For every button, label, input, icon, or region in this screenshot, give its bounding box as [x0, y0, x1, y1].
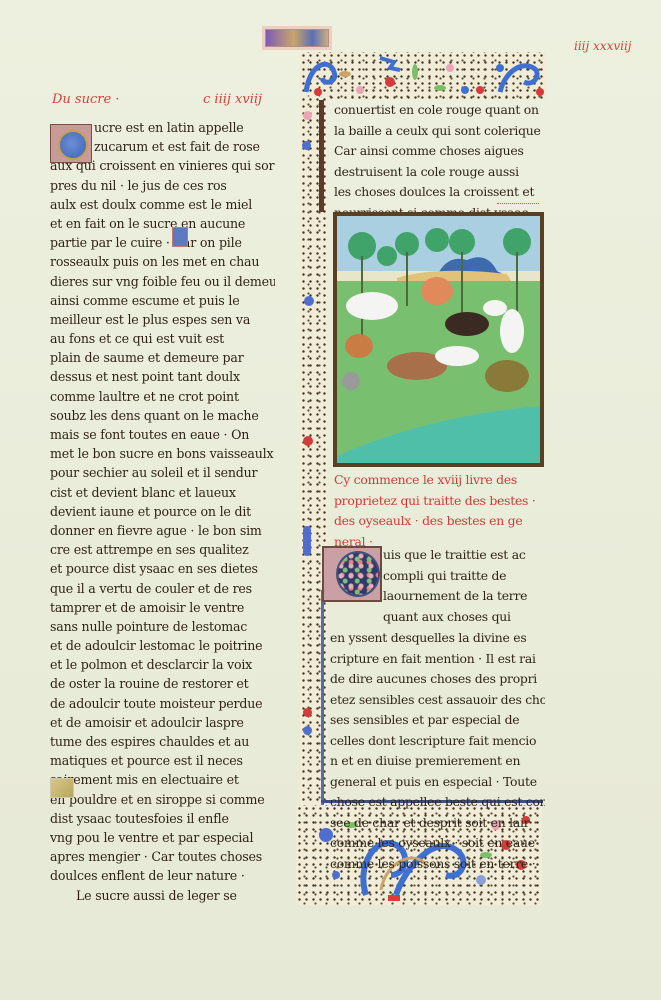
flower-icon [303, 111, 312, 120]
text-rule [321, 590, 324, 805]
decorated-initial-p [322, 546, 382, 602]
text-line: quant aux choses qui [383, 607, 548, 628]
text-line: Car ainsi comme choses aigues [334, 141, 546, 162]
floral-border-top [300, 52, 546, 100]
running-head: Du sucre · [52, 92, 119, 107]
text-line: et pource dist ysaac en ses dietes [50, 559, 275, 578]
text-line: pres du nil · le jus de ces ros [50, 176, 275, 195]
text-line: zucarum et est fait de rose [50, 137, 275, 156]
text-line: rosseaulx puis on les met en chau [50, 252, 275, 271]
text-line: devient iaune et pource on le dit [50, 502, 275, 521]
chapter-number: c iiij xviij [203, 92, 262, 107]
gold-initial [50, 778, 74, 798]
text-line: et en fait on le sucre en aucune [50, 214, 275, 233]
text-line: conuertist en cole rouge quant on [334, 100, 546, 121]
text-line: ainsi comme escume et puis le [50, 291, 275, 310]
text-line: et le polmon et desclarcir la voix [50, 655, 275, 674]
text-line: cre est attrempe en ses qualitez [50, 540, 275, 559]
acanthus-scroll-icon [300, 52, 546, 100]
text-line: n et en diuise premierement en [330, 751, 545, 772]
text-line: celles dont lescripture fait mencio [330, 731, 545, 752]
text-line: compli qui traitte de [383, 566, 548, 587]
text-line: see de char et desprit soit en lair [330, 813, 545, 834]
text-line: pour sechier au soleil et il sendur [50, 463, 275, 482]
text-line: doulces enflent de leur nature · [50, 866, 275, 885]
text-line: ses sensibles et par especial de [330, 710, 545, 731]
text-line: matiques et pource est il neces [50, 751, 275, 770]
flower-icon [303, 436, 313, 446]
flower-icon [302, 141, 311, 150]
rubric-line: proprietez qui traitte des bestes · [334, 491, 546, 512]
text-line: cripture en fait mention · Il est rai [330, 649, 545, 670]
left-text-column: ucre est en latin appelle zucarum et est… [50, 118, 275, 905]
text-line: dieres sur vng foible feu ou il demeu [50, 272, 275, 291]
rubric-line: des oyseaulx · des bestes en ge [334, 511, 546, 532]
text-line: la baille a ceulx qui sont colerique [334, 121, 546, 142]
paragraph-initial [172, 227, 188, 247]
text-line: etez sensibles cest assauoir des cho [330, 690, 545, 711]
text-line: et de amoisir et adoulcir laspre [50, 713, 275, 732]
text-line: sans nulle pointure de lestomac [50, 617, 275, 636]
flower-icon [304, 296, 314, 306]
text-line: destruisent la cole rouge aussi [334, 162, 546, 183]
text-line: donner en fievre ague · le bon sim [50, 521, 275, 540]
text-line: apres mengier · Car toutes choses [50, 847, 275, 866]
text-line: ucre est en latin appelle [50, 118, 275, 137]
text-line: de dire aucunes choses des propri [330, 669, 545, 690]
text-line: Le sucre aussi de leger se [50, 886, 275, 905]
text-line: en pouldre et en siroppe si comme [50, 790, 275, 809]
text-line: dist ysaac toutesfoies il enfle [50, 809, 275, 828]
text-line: laournement de la terre [383, 586, 548, 607]
text-line: aux qui croissent en vinieres qui sor [50, 156, 275, 175]
text-line: dessus et nest point tant doulx [50, 367, 275, 386]
text-line: sairement mis en electuaire et [50, 770, 275, 789]
acanthus-leaf-icon [303, 526, 311, 556]
text-line: comme les oyseaulx · soit en eaue [330, 833, 545, 854]
right-text-initial-lines: uis que le traittie est ac compli qui tr… [383, 545, 548, 627]
text-line: cist et devient blanc et laueux [50, 483, 275, 502]
text-line: que il a vertu de couler et de res [50, 579, 275, 598]
text-line: general et puis en especial · Toute [330, 772, 545, 793]
flower-icon [303, 726, 312, 735]
text-line: au fons et ce qui est vuit est [50, 329, 275, 348]
manuscript-page: iiij xxxviij Du sucre · c iiij xviij ucr… [0, 0, 661, 1000]
text-line: partie par le cuire · Car on pile [50, 233, 275, 252]
text-rule [319, 100, 324, 212]
text-line: les choses doulces la croissent et [334, 182, 546, 203]
animals-landscape-illustration [337, 216, 540, 463]
text-line: chose est appellee beste qui est compo [330, 792, 545, 813]
text-line: met le bon sucre en bons vaisseaulx [50, 444, 275, 463]
text-line: de oster la rouine de restorer et [50, 674, 275, 693]
text-line: et de adoulcir lestomac le poitrine [50, 636, 275, 655]
text-line: comme laultre et ne crot point [50, 387, 275, 406]
text-line: comme les poissons soit en terre · [330, 854, 545, 875]
chapter-rubric: Cy commence le xviij livre des propriete… [334, 470, 546, 552]
text-line: aulx est doulx comme est le miel [50, 195, 275, 214]
text-line: de adoulcir toute moisteur perdue [50, 694, 275, 713]
text-line: soubz les dens quant on le mache [50, 406, 275, 425]
flower-icon [303, 708, 312, 717]
rubric-line: Cy commence le xviij livre des [334, 470, 546, 491]
folio-number: iiij xxxviij [574, 39, 632, 53]
right-text-body: en yssent desquelles la divine es criptu… [330, 628, 545, 874]
catchword-box [265, 29, 329, 47]
initial-bowl [336, 551, 380, 597]
text-line: mais se font toutes en eaue · On [50, 425, 275, 444]
text-line: tume des espires chauldes et au [50, 732, 275, 751]
text-line: tamprer et de amoisir le ventre [50, 598, 275, 617]
text-line: vng pou le ventre et par especial [50, 828, 275, 847]
text-line: plain de saume et demeure par [50, 348, 275, 367]
text-line: meilleur est le plus espes sen va [50, 310, 275, 329]
miniature-painting [333, 212, 544, 467]
text-line: uis que le traittie est ac [383, 545, 548, 566]
text-line: en yssent desquelles la divine es [330, 628, 545, 649]
